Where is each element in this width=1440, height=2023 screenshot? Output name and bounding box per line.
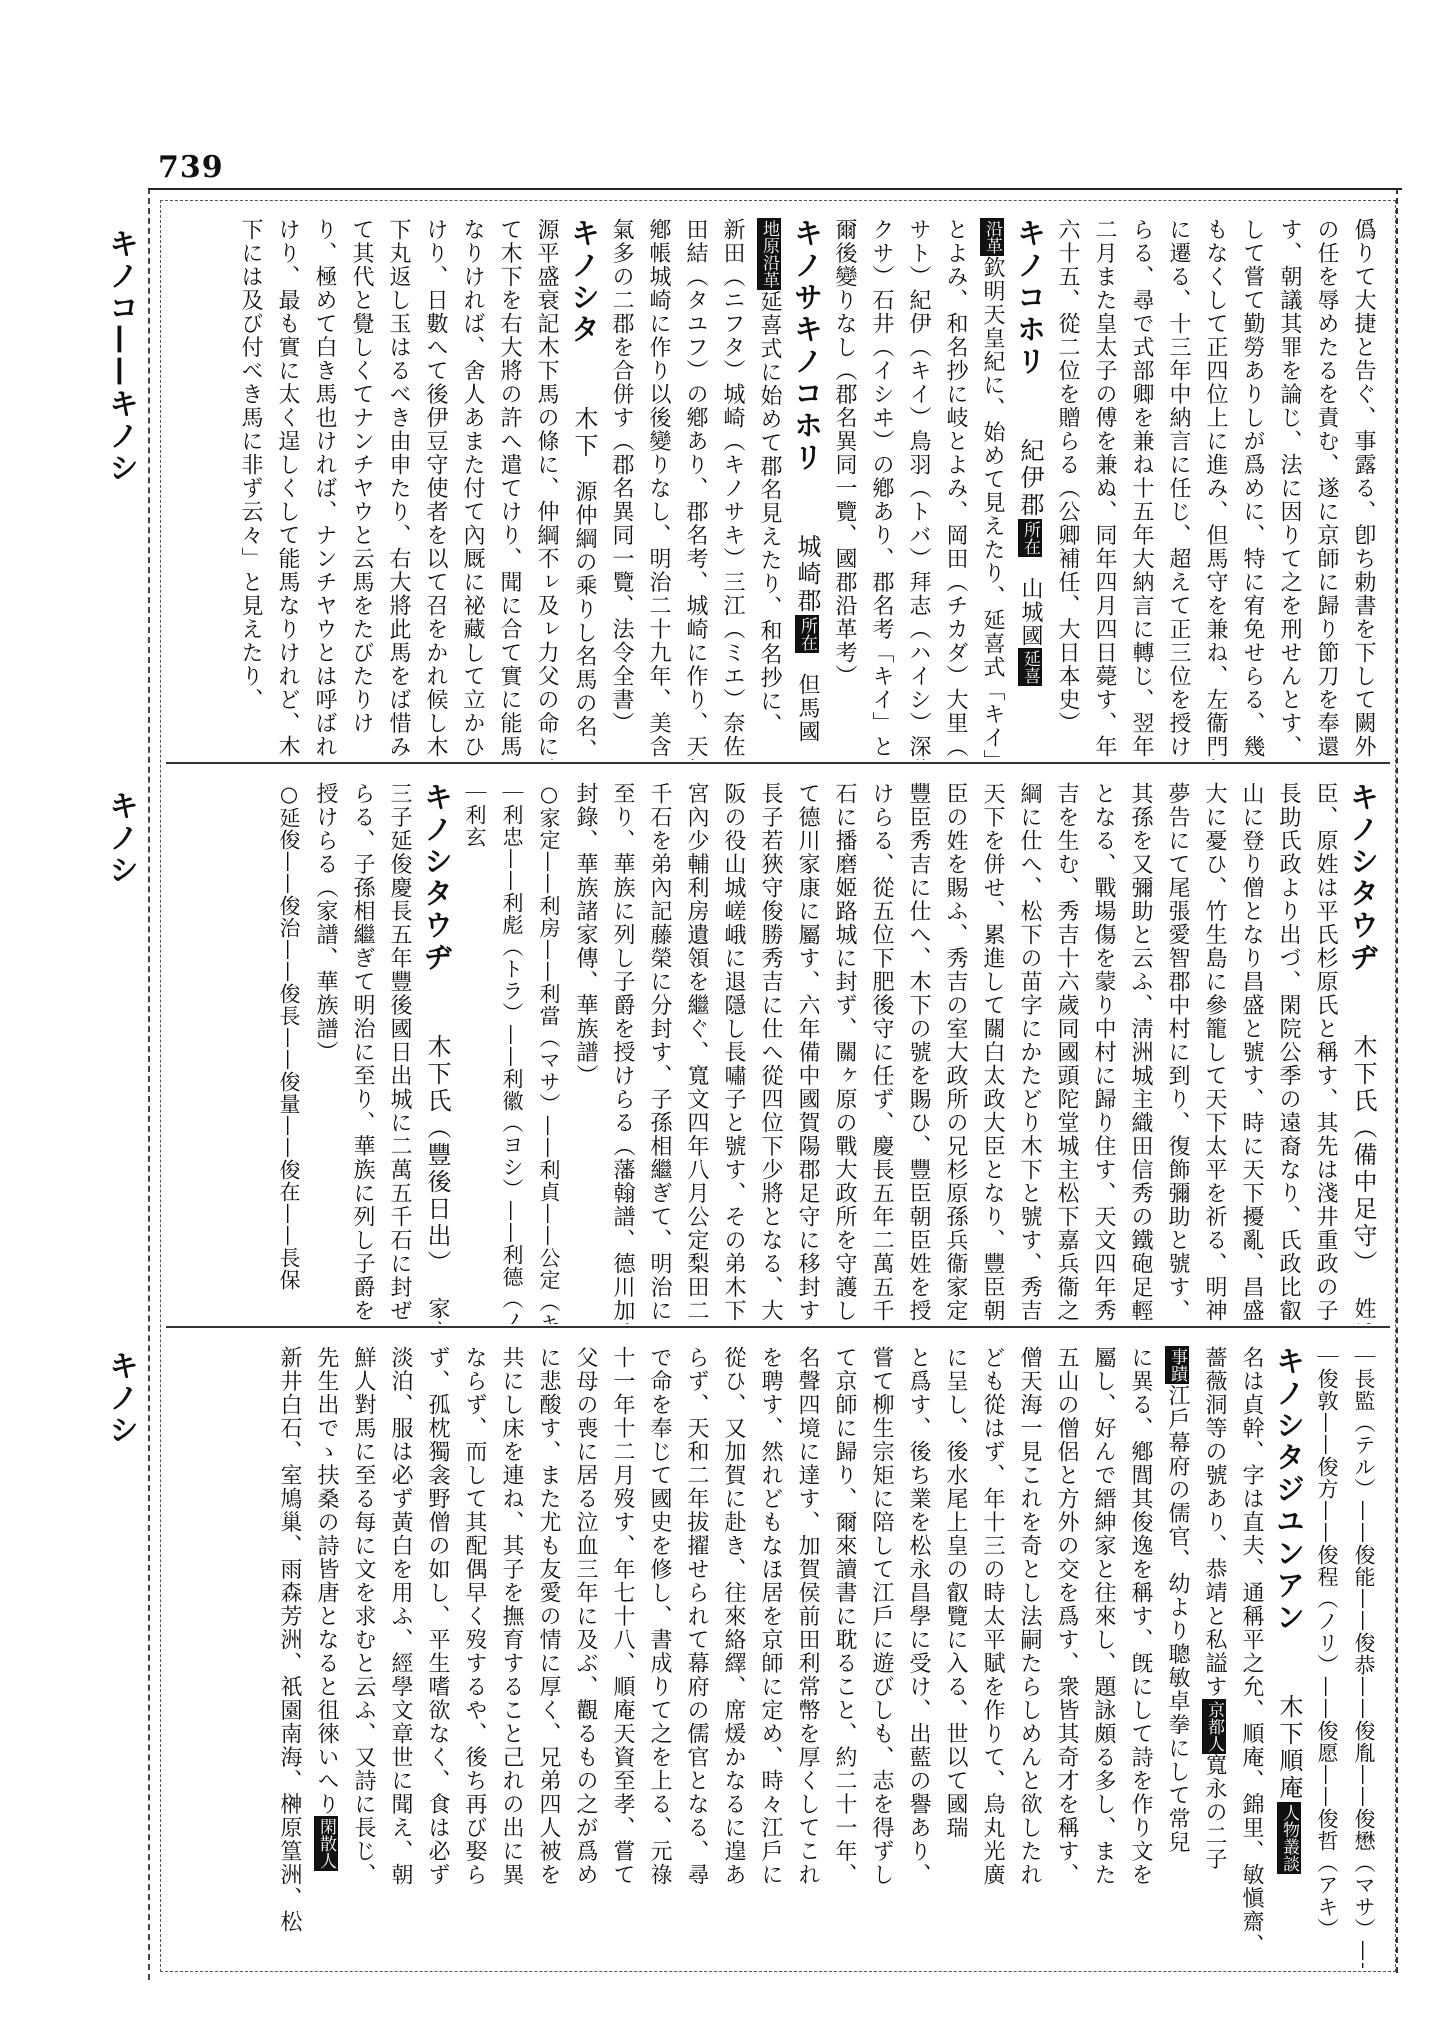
body-text: 豐臣秀吉に仕へ、木下の號を賜ひ、豐臣朝臣姓を授 — [906, 782, 931, 1323]
body-text: に呈し、後水尾上皇の叡覽に入る、世以て國瑞 — [943, 1346, 968, 1840]
genealogy-text: ｜俊敦——俊方——俊程（ノリ）——俊愿——俊哲（アキ） — [1315, 1346, 1339, 1940]
text-column: なりければ、舍人あまた付て內厩に祕藏して立かひ — [454, 218, 491, 750]
text-column: に遷る、十三年中納言に任じ、超えて正三位を授け — [1160, 218, 1197, 750]
text-column: 僞りて大捷と告ぐ、事露る、卽ち勅書を下して闕外 — [1345, 218, 1382, 750]
text-column: 屬し、好んで縉紳家と往來し、題詠頗る多し、また — [1085, 1346, 1122, 1958]
text-column: に悲酸す、また尤も友愛の情に厚く、兄弟四人被を — [530, 1346, 567, 1958]
body-text: 名聲四境に達す、加賀侯前田利常幣を厚くしてこれ — [795, 1346, 820, 1887]
page-frame-right-rule — [1396, 188, 1398, 1973]
body-text: 臣の姓を賜ふ、秀吉の室大政所の兄杉原孫兵衞家定、 — [943, 782, 968, 1324]
body-text: 田結（タユフ）の鄕あり、郡名考、城崎に作り、天保 — [683, 218, 708, 760]
text-column: 地原沿革延喜式に始めて郡名見えたり、和名抄に、 — [751, 218, 788, 750]
body-text: ず、孤枕獨衾野僧の如し、平生嗜欲なく、食は必ず — [425, 1346, 450, 1887]
text-column: て德川家康に屬す、六年備中國賀陽郡足守に移封す、 — [789, 782, 826, 1314]
text-column: 名聲四境に達す、加賀侯前田利常幣を厚くしてこれ — [789, 1346, 826, 1958]
text-column: 嘗て柳生宗矩に陪して江戶に遊びしも、志を得ずし — [863, 1346, 900, 1958]
body-text: 新田（ニフタ）城崎（キノサキ）三江（ミエ）奈佐（ナサ） — [720, 218, 745, 760]
body-text: 阪の役山城嵯峨に退隱し長嘯子と號す、その弟木下 — [721, 782, 746, 1323]
text-column: 新井白石、室鳩巢、雨森芳洲、祇園南海、榊原篁洲、松 — [271, 1346, 308, 1958]
category-badge: 閑散人 — [314, 1816, 338, 1871]
text-column: す、朝議其罪を論じ、法に因りて之を刑せんとす、而 — [1271, 218, 1308, 750]
text-column: 共にし床を連ね、其子を撫育すること己れの出に異 — [493, 1346, 530, 1958]
text-column: ず、孤枕獨衾野僧の如し、平生嗜欲なく、食は必ず — [419, 1346, 456, 1958]
text-column: 長子若狹守俊勝秀吉に仕へ從四位下少將となる、大 — [752, 782, 789, 1314]
body-text: 鄕帳城崎に作り以後變りなし、明治二十九年、美含 — [646, 218, 671, 759]
text-column: 淡泊、服は必ず黃白を用ふ、經學文章世に聞え、朝 — [382, 1346, 419, 1958]
entry-title: キノサキノコホリ — [790, 218, 824, 474]
page-number: 739 — [158, 150, 224, 185]
genealogy-line: ｜俊敦——俊方——俊程（ノリ）——俊愿——俊哲（アキ） — [1308, 1346, 1345, 1958]
body-text: 宮內少輔利房遺領を繼ぐ、寬文四年八月公定梨田二 — [684, 782, 709, 1323]
text-column: 新田（ニフタ）城崎（キノサキ）三江（ミエ）奈佐（ナサ） — [714, 218, 751, 750]
body-text: 欽明天皇紀に、始めて見えたり、延喜式「キイ」 — [980, 256, 1005, 760]
entry-heading: キノシタ木下源仲綱の乘りし名馬の名、 — [565, 218, 603, 750]
body-text: 延喜式に始めて郡名見えたり、和名抄に、 — [757, 290, 782, 737]
body-text: 從ひ、又加賀に赴き、往來絡繹、席煖かなるに遑あ — [721, 1346, 746, 1887]
body-text: 二月また皇太子の傅を兼ぬ、同年四月四日薨す、年 — [1092, 218, 1117, 759]
body-text: 六十五、從二位を贈らる（公卿補任、大日本史） — [1055, 218, 1080, 735]
entry-title: キノコホリ — [1013, 218, 1047, 378]
text-column: 千石を弟內記藤榮に分封す、子孫相繼ぎて、明治に — [641, 782, 678, 1314]
body-text: 共にし床を連ね、其子を撫育すること己れの出に異 — [499, 1346, 524, 1887]
text-column: ならず、而して其配偶早く歿するや、後ち再び娶ら — [456, 1346, 493, 1958]
section-top: 僞りて大捷と告ぐ、事露る、卽ち勅書を下して闕外の任を辱めたるを責む、遂に京師に歸… — [170, 200, 1388, 760]
body-text: 嘗て柳生宗矩に陪して江戶に遊びしも、志を得ずし — [869, 1346, 894, 1887]
category-badge: 沿革 — [980, 218, 1004, 256]
text-column: り、極めて白き馬也ければ、ナンチヤウとは呼ばれ — [306, 218, 343, 750]
body-text: す、朝議其罪を論じ、法に因りて之を刑せんとす、而 — [1277, 218, 1302, 760]
text-column: 源平盛衰記木下馬の條に、仲綱不ㇾ及ㇾ力父の命に隨 — [528, 218, 565, 750]
body-text: となる、戰場傷を蒙り中村に歸り住す、天文四年秀 — [1091, 782, 1116, 1323]
text-column: 鮮人對馬に至る每に文を求むと云ふ、又詩に長じ、 — [345, 1346, 382, 1958]
text-column: て京師に歸り、爾來讀書に耽ること、約二十一年、 — [826, 1346, 863, 1958]
body-text: けらる、從五位下肥後守に任ず、慶長五年二萬五千 — [869, 782, 894, 1323]
text-column: 臣の姓を賜ふ、秀吉の室大政所の兄杉原孫兵衞家定、 — [937, 782, 974, 1314]
entry-heading: キノコホリ紀伊郡所在山城國延喜 — [1011, 218, 1049, 750]
genealogy-text: ｜長監（テル）——俊能——俊恭——俊胤——俊懋（マサ）——俊良 — [1352, 1346, 1376, 1968]
body-text: 綱に仕へ、松下の苗字にかたどり木下と號す、秀吉 — [1017, 782, 1042, 1323]
entry-subtitle: 木下氏（備中足守） — [1349, 1034, 1377, 1277]
body-text: 至り、華族に列し子爵を授けらる（藩翰譜、德川加除 — [610, 782, 635, 1324]
body-text: サト）紀伊（キイ）鳥羽（トバ）拜志（ハイシ）深草（フカ — [906, 218, 931, 760]
body-text: り、極めて白き馬也ければ、ナンチヤウとは呼ばれ — [312, 218, 337, 759]
text-column: とよみ、和名抄に岐とよみ、岡田（チカダ）大里（オホ — [937, 218, 974, 750]
text-column: 下丸返し玉はるべき由申たり、右大將此馬をば惜み — [380, 218, 417, 750]
running-header-3: キノシ — [98, 1350, 142, 1446]
text-column: 豐臣秀吉に仕へ、木下の號を賜ひ、豐臣朝臣姓を授 — [900, 782, 937, 1314]
entry-text: 山城國 — [1018, 577, 1043, 648]
text-column: 先生出でゝ扶桑の詩皆唐となると徂徠いへり閑散人 — [308, 1346, 345, 1958]
text-column: 大に憂ひ、竹生島に參籠して天下太平を祈る、明神の — [1196, 782, 1233, 1314]
body-text: と爲す、後ち業を松永昌學に受け、出藍の譽あり、 — [906, 1346, 931, 1887]
text-column: 六十五、從二位を贈らる（公卿補任、大日本史） — [1049, 218, 1086, 750]
text-column: けり、日數へて後伊豆守使者を以て召をかれ候し木 — [417, 218, 454, 750]
genealogy-line: ○家定——利房——利當（マサ）——利貞——公定（キン）——利潔 — [530, 782, 567, 1314]
entry-text: 家定の — [425, 1297, 450, 1324]
text-column: 僧天海一見これを奇とし法嗣たらしめんと欲したれ — [1011, 1346, 1048, 1958]
body-text: ならず、而して其配偶早く歿するや、後ち再び娶ら — [462, 1346, 487, 1887]
body-text: 授けらる（家譜、華族譜） — [313, 782, 338, 1064]
text-column: 吉を生む、秀吉十六歲同國頭陀堂城主松下嘉兵衞之 — [1048, 782, 1085, 1314]
body-text: 十一年十二月歿す、年七十八、順庵天資至孝、嘗て — [610, 1346, 635, 1887]
text-column: 天下を併せ、累進して關白太政大臣となり、豐臣朝 — [974, 782, 1011, 1314]
body-text: を聘す、然れどもなほ居を京師に定め、時々江戶に — [758, 1346, 783, 1887]
body-text: 屬し、好んで縉紳家と往來し、題詠頗る多し、また — [1091, 1346, 1116, 1887]
body-text: 大に憂ひ、竹生島に參籠して天下太平を祈る、明神の — [1202, 782, 1227, 1324]
body-text: て京師に歸り、爾來讀書に耽ること、約二十一年、 — [832, 1346, 857, 1887]
text-column: けらる、從五位下肥後守に任ず、慶長五年二萬五千 — [863, 782, 900, 1314]
section-top-columns: 僞りて大捷と告ぐ、事露る、卽ち勅書を下して闕外の任を辱めたるを責む、遂に京師に歸… — [170, 200, 1388, 760]
body-text: とよみ、和名抄に岐とよみ、岡田（チカダ）大里（オホ — [943, 218, 968, 760]
text-column: に異る、鄕閭其俊逸を稱す、旣にして詩を作り文を — [1122, 1346, 1159, 1958]
entry-title: キノシタウヂ — [420, 782, 454, 974]
text-column: 至り、華族に列し子爵を授けらる（藩翰譜、德川加除 — [604, 782, 641, 1314]
entry-subtitle: 城崎郡 — [793, 534, 821, 615]
text-column: 臣、原姓は平氏杉原氏と稱す、其先は淺井重政の子 — [1307, 782, 1344, 1314]
text-column: 石に播磨姬路城に封ず、關ヶ原の戰大政所を守護し — [826, 782, 863, 1314]
category-badge: 人物叢談 — [1277, 1802, 1301, 1874]
genealogy-text: ｜利忠——利彪（トラ）——利徽（ヨシ）——利德（ノリ）——利愛（チカ）——利恭 — [500, 782, 524, 1324]
body-text: けり、最も實に太く逞しくして能馬なりけれど、木 — [275, 218, 300, 759]
entry-subtitle: 紀伊郡 — [1016, 438, 1044, 519]
body-text: 下には及び付べき馬に非ず云々」と見えたり、 — [238, 218, 263, 712]
text-column: 其孫を又彌助と云ふ、淸洲城主織田信秀の鐵砲足輕 — [1122, 782, 1159, 1314]
body-text: 鮮人對馬に至る每に文を求むと云ふ、又詩に長じ、 — [351, 1346, 376, 1887]
body-text: 寬永の二子 — [1202, 1754, 1227, 1872]
text-column: 宮內少輔利房遺領を繼ぐ、寬文四年八月公定梨田二 — [678, 782, 715, 1314]
text-column: 夢告にて尾張愛智郡中村に到り、復飾彌助と號す、 — [1159, 782, 1196, 1314]
body-text: 新井白石、室鳩巢、雨森芳洲、祇園南海、榊原篁洲、松 — [277, 1346, 302, 1934]
text-column: 氣多の二郡を合併す（郡名異同一覽、法令全書） — [603, 218, 640, 750]
text-column: 長助氏政より出づ、閑院公季の遠裔なり、氏政比叡 — [1270, 782, 1307, 1314]
body-text: 天下を併せ、累進して關白太政大臣となり、豐臣朝 — [980, 782, 1005, 1323]
genealogy-line: ｜利忠——利彪（トラ）——利徽（ヨシ）——利德（ノリ）——利愛（チカ）——利恭 — [493, 782, 530, 1314]
entry-text: 源仲綱の乘りし名馬の名、 — [572, 480, 597, 760]
body-text: クサ）石井（イシヰ）の鄕あり、郡名考「キイ」となし、 — [869, 218, 894, 760]
entry-text: 姓は豐 — [1351, 1297, 1376, 1324]
body-text: 薔薇洞等の號あり、恭靖と私謚す — [1202, 1346, 1227, 1699]
text-column: て木下を右大將の許へ遣てけり、聞に合て實に能馬 — [491, 218, 528, 750]
text-column: ども從はず、年十三の時太平賦を作りて、烏丸光廣 — [974, 1346, 1011, 1958]
text-column: となる、戰場傷を蒙り中村に歸り住す、天文四年秀 — [1085, 782, 1122, 1314]
body-text: 其孫を又彌助と云ふ、淸洲城主織田信秀の鐵砲足輕 — [1128, 782, 1153, 1323]
entry-heading: キノシタウヂ木下氏（備中足守）姓は豐 — [1344, 782, 1382, 1314]
text-column: と爲す、後ち業を松永昌學に受け、出藍の譽あり、 — [900, 1346, 937, 1958]
body-text: 淡泊、服は必ず黃白を用ふ、經學文章世に聞え、朝 — [388, 1346, 413, 1887]
text-column: サト）紀伊（キイ）鳥羽（トバ）拜志（ハイシ）深草（フカ — [900, 218, 937, 750]
text-column: を聘す、然れどもなほ居を京師に定め、時々江戶に — [752, 1346, 789, 1958]
body-text: に異る、鄕閭其俊逸を稱す、旣にして詩を作り文を — [1128, 1346, 1153, 1887]
body-text: て木下を右大將の許へ遣てけり、聞に合て實に能馬 — [497, 218, 522, 759]
body-text: 吉を生む、秀吉十六歲同國頭陀堂城主松下嘉兵衞之 — [1054, 782, 1079, 1323]
body-text: 下丸返し玉はるべき由申たり、右大將此馬をば惜み — [386, 218, 411, 759]
category-badge: 延喜 — [1018, 648, 1042, 686]
text-column: 封錄、華族諸家傳、華族譜） — [567, 782, 604, 1314]
body-text: 夢告にて尾張愛智郡中村に到り、復飾彌助と號す、 — [1165, 782, 1190, 1323]
text-column: して嘗て勤勞ありしが爲めに、特に宥免せらる、幾干 — [1234, 218, 1271, 750]
text-column: 山に登り僧となり昌盛と號す、時に天下擾亂、昌盛 — [1233, 782, 1270, 1314]
section-bottom: ｜長監（テル）——俊能——俊恭——俊胤——俊懋（マサ）——俊良｜俊敦——俊方——… — [170, 1328, 1388, 1968]
entry-heading: キノシタジユンアン木下順庵人物叢談 — [1270, 1346, 1308, 1958]
text-column: の任を辱めたるを責む、遂に京師に歸り節刀を奉還 — [1308, 218, 1345, 750]
body-text: 臣、原姓は平氏杉原氏と稱す、其先は淺井重政の子 — [1313, 782, 1338, 1323]
entry-subtitle: 木下氏（豐後日出） — [423, 1034, 451, 1277]
entry-heading: キノシタウヂ木下氏（豐後日出）家定の — [418, 782, 456, 1314]
text-column: クサ）石井（イシヰ）の鄕あり、郡名考「キイ」となし、 — [863, 218, 900, 750]
category-badge: 地原沿革 — [757, 218, 781, 290]
entry-subtitle: 木下 — [570, 406, 598, 460]
entry-subtitle: 木下順庵 — [1275, 1694, 1303, 1802]
category-badge: 事蹟 — [1165, 1346, 1189, 1384]
text-column: 薔薇洞等の號あり、恭靖と私謚す京都人寬永の二子 — [1196, 1346, 1233, 1958]
text-column: 沿革欽明天皇紀に、始めて見えたり、延喜式「キイ」 — [974, 218, 1011, 750]
genealogy-text: ○家定——利房——利當（マサ）——利貞——公定（キン）——利潔 — [537, 782, 561, 1324]
text-column: らる、尋で式部卿を兼ね十五年大納言に轉じ、翌年 — [1123, 218, 1160, 750]
body-text: ども從はず、年十三の時太平賦を作りて、烏丸光廣 — [980, 1346, 1005, 1887]
text-column: 阪の役山城嵯峨に退隱し長嘯子と號す、その弟木下 — [715, 782, 752, 1314]
text-column: 田結（タユフ）の鄕あり、郡名考、城崎に作り、天保 — [677, 218, 714, 750]
body-text: 石に播磨姬路城に封ず、關ヶ原の戰大政所を守護し — [832, 782, 857, 1323]
text-column: もなくして正四位上に進み、但馬守を兼ね、左衞門督 — [1197, 218, 1234, 750]
body-text: て德川家康に屬す、六年備中國賀陽郡足守に移封す、 — [795, 782, 820, 1324]
genealogy-line: ○延俊——俊治——俊長——俊量——俊在——長保 — [270, 782, 307, 1314]
body-text: 先生出でゝ扶桑の詩皆唐となると徂徠いへり — [314, 1346, 339, 1816]
body-text: 五山の僧侶と方外の交を爲す、衆皆其奇才を稱す、 — [1054, 1346, 1079, 1887]
body-text: の任を辱めたるを責む、遂に京師に歸り節刀を奉還 — [1314, 218, 1339, 759]
entry-text: 但馬國 — [795, 673, 820, 744]
entry-title: キノシタジユンアン — [1272, 1346, 1306, 1634]
body-text: して嘗て勤勞ありしが爲めに、特に宥免せらる、幾干 — [1240, 218, 1265, 760]
text-column: けり、最も實に太く逞しくして能馬なりけれど、木 — [269, 218, 306, 750]
category-badge: 所在 — [795, 615, 819, 653]
text-column: て其代と覺しくてナンチヤウと云馬をたびたりけ — [343, 218, 380, 750]
body-text: 爾後變りなし（郡名異同一覽、國郡沿革考） — [832, 218, 857, 688]
text-column: 從ひ、又加賀に赴き、往來絡繹、席煖かなるに遑あ — [715, 1346, 752, 1958]
category-badge: 所在 — [1018, 519, 1042, 557]
body-text: 長子若狹守俊勝秀吉に仕へ從四位下少將となる、大 — [758, 782, 783, 1323]
body-text: らる、尋で式部卿を兼ね十五年大納言に轉じ、翌年 — [1129, 218, 1154, 759]
body-text: けり、日數へて後伊豆守使者を以て召をかれ候し木 — [423, 218, 448, 759]
text-column: 事蹟江戶幕府の儒官、幼より聰敏卓拳にして常兒 — [1159, 1346, 1196, 1958]
body-text: らる、子孫相繼ぎて明治に至り、華族に列し子爵を — [350, 782, 375, 1323]
text-column: 下には及び付べき馬に非ず云々」と見えたり、 — [232, 218, 269, 750]
body-text: 僧天海一見これを奇とし法嗣たらしめんと欲したれ — [1017, 1346, 1042, 1887]
text-column: に呈し、後水尾上皇の叡覽に入る、世以て國瑞 — [937, 1346, 974, 1958]
entry-heading: キノサキノコホリ城崎郡所在但馬國 — [788, 218, 826, 750]
text-column: 名は貞幹、字は直夫、通稱平之允、順庵、錦里、敏愼齋、 — [1233, 1346, 1270, 1958]
body-text: 名は貞幹、字は直夫、通稱平之允、順庵、錦里、敏愼齋、 — [1239, 1346, 1264, 1957]
body-text: て其代と覺しくてナンチヤウと云馬をたびたりけ — [349, 218, 374, 735]
genealogy-line: ｜長監（テル）——俊能——俊恭——俊胤——俊懋（マサ）——俊良 — [1345, 1346, 1382, 1958]
body-text: らず、天和二年拔擢せられて幕府の儒官となる、尋 — [684, 1346, 709, 1887]
text-column: 父母の喪に居る泣血三年に及ぶ、觀るもの之が爲め — [567, 1346, 604, 1958]
body-text: 父母の喪に居る泣血三年に及ぶ、觀るもの之が爲め — [573, 1346, 598, 1887]
section-middle-columns: キノシタウヂ木下氏（備中足守）姓は豐臣、原姓は平氏杉原氏と稱す、其先は淺井重政の… — [170, 764, 1388, 1324]
genealogy-text: ○延俊——俊治——俊長——俊量——俊在——長保 — [277, 782, 301, 1291]
body-text: に悲酸す、また尤も友愛の情に厚く、兄弟四人被を — [536, 1346, 561, 1887]
entry-title: キノシタ — [567, 218, 601, 346]
entry-title: キノシタウヂ — [1346, 782, 1380, 974]
body-text: 山に登り僧となり昌盛と號す、時に天下擾亂、昌盛 — [1239, 782, 1264, 1323]
body-text: もなくして正四位上に進み、但馬守を兼ね、左衞門督 — [1203, 218, 1228, 760]
text-column: 五山の僧侶と方外の交を爲す、衆皆其奇才を稱す、 — [1048, 1346, 1085, 1958]
text-column: らる、子孫相繼ぎて明治に至り、華族に列し子爵を — [344, 782, 381, 1314]
body-text: 江戶幕府の儒官、幼より聰敏卓拳にして常兒 — [1165, 1384, 1190, 1854]
body-text: 三子延俊慶長五年豐後國日出城に二萬五千石に封ぜ — [387, 782, 412, 1323]
section-bottom-columns: ｜長監（テル）——俊能——俊恭——俊胤——俊懋（マサ）——俊良｜俊敦——俊方——… — [170, 1328, 1388, 1968]
section-middle: キノシタウヂ木下氏（備中足守）姓は豐臣、原姓は平氏杉原氏と稱す、其先は淺井重政の… — [170, 764, 1388, 1324]
body-text: 源平盛衰記木下馬の條に、仲綱不ㇾ及ㇾ力父の命に隨 — [534, 218, 559, 760]
genealogy-line: ｜利玄 — [456, 782, 493, 1314]
body-text: 氣多の二郡を合併す（郡名異同一覽、法令全書） — [609, 218, 634, 735]
body-text: 僞りて大捷と告ぐ、事露る、卽ち勅書を下して闕外 — [1351, 218, 1376, 759]
body-text: 千石を弟內記藤榮に分封す、子孫相繼ぎて、明治に — [647, 782, 672, 1323]
body-text: に遷る、十三年中納言に任じ、超えて正三位を授け — [1166, 218, 1191, 759]
body-text: 封錄、華族諸家傳、華族譜） — [573, 782, 598, 1088]
body-text: で命を奉じて國史を修し、書成りて之を上る、元祿 — [647, 1346, 672, 1887]
text-column: 綱に仕へ、松下の苗字にかたどり木下と號す、秀吉 — [1011, 782, 1048, 1314]
text-column: 爾後變りなし（郡名異同一覽、國郡沿革考） — [826, 218, 863, 750]
text-column: で命を奉じて國史を修し、書成りて之を上る、元祿 — [641, 1346, 678, 1958]
running-header-1: キノコ——キノシ — [98, 228, 142, 484]
category-badge: 京都人 — [1202, 1699, 1226, 1754]
text-column: 鄕帳城崎に作り以後變りなし、明治二十九年、美含 — [640, 218, 677, 750]
genealogy-text: ｜利玄 — [463, 782, 487, 848]
body-text: なりければ、舍人あまた付て內厩に祕藏して立かひ — [460, 218, 485, 759]
text-column: 十一年十二月歿す、年七十八、順庵天資至孝、嘗て — [604, 1346, 641, 1958]
body-text: 長助氏政より出づ、閑院公季の遠裔なり、氏政比叡 — [1276, 782, 1301, 1323]
running-header-2: キノシ — [98, 790, 142, 886]
text-column: らず、天和二年拔擢せられて幕府の儒官となる、尋 — [678, 1346, 715, 1958]
text-column: 授けらる（家譜、華族譜） — [307, 782, 344, 1314]
text-column: 二月また皇太子の傅を兼ぬ、同年四月四日薨す、年 — [1086, 218, 1123, 750]
text-column: 三子延俊慶長五年豐後國日出城に二萬五千石に封ぜ — [381, 782, 418, 1314]
